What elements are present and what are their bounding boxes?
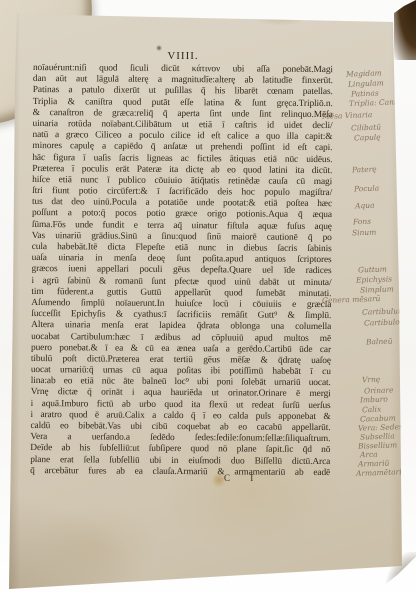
book-photo: VIIII. noīauérunt:niſi quod ſiculi dicūt…	[0, 0, 416, 602]
margin-note: Fons	[353, 218, 371, 227]
margin-note: Magidam	[346, 69, 382, 78]
fore-edge-top-shadow	[394, 0, 416, 60]
margin-note: Balneū	[366, 338, 393, 347]
margin-note: Vrnę	[362, 376, 381, 385]
margin-note: Armamētariū	[356, 468, 407, 478]
text-line: q̄ arcebātur fures ab ea clauſa.Armariū …	[30, 466, 330, 479]
margin-note: Capulę	[354, 134, 381, 143]
margin-note: Paterę	[352, 166, 377, 175]
margin-note: Mēsa Vinaria	[322, 111, 373, 121]
margin-note: Genera mēsarū	[322, 295, 381, 305]
margin-note: Aqua	[355, 202, 375, 211]
margin-note: Guttum	[358, 265, 387, 274]
book-page: VIIII. noīauérunt:niſi quod ſiculi dicūt…	[0, 0, 416, 602]
margin-note: Patinas	[351, 90, 379, 99]
margin-note: Cartibulo	[364, 318, 400, 327]
signature-mark: C I	[224, 473, 262, 483]
margin-note: Pocula	[354, 185, 379, 194]
margin-note: Epichysis	[356, 275, 392, 284]
top-edge-stain	[250, 0, 310, 26]
page-heading: VIIII.	[33, 50, 333, 62]
margin-note: Imburo	[360, 396, 388, 405]
body-text: noīauérunt:niſi quod ſiculi dicūt κάτινο…	[30, 63, 333, 479]
margin-note: Sinum	[352, 229, 377, 238]
margin-note: Cartibulum	[362, 307, 405, 317]
margin-note: Cilibatū	[351, 123, 381, 132]
margin-note: Lingulam	[348, 79, 384, 88]
